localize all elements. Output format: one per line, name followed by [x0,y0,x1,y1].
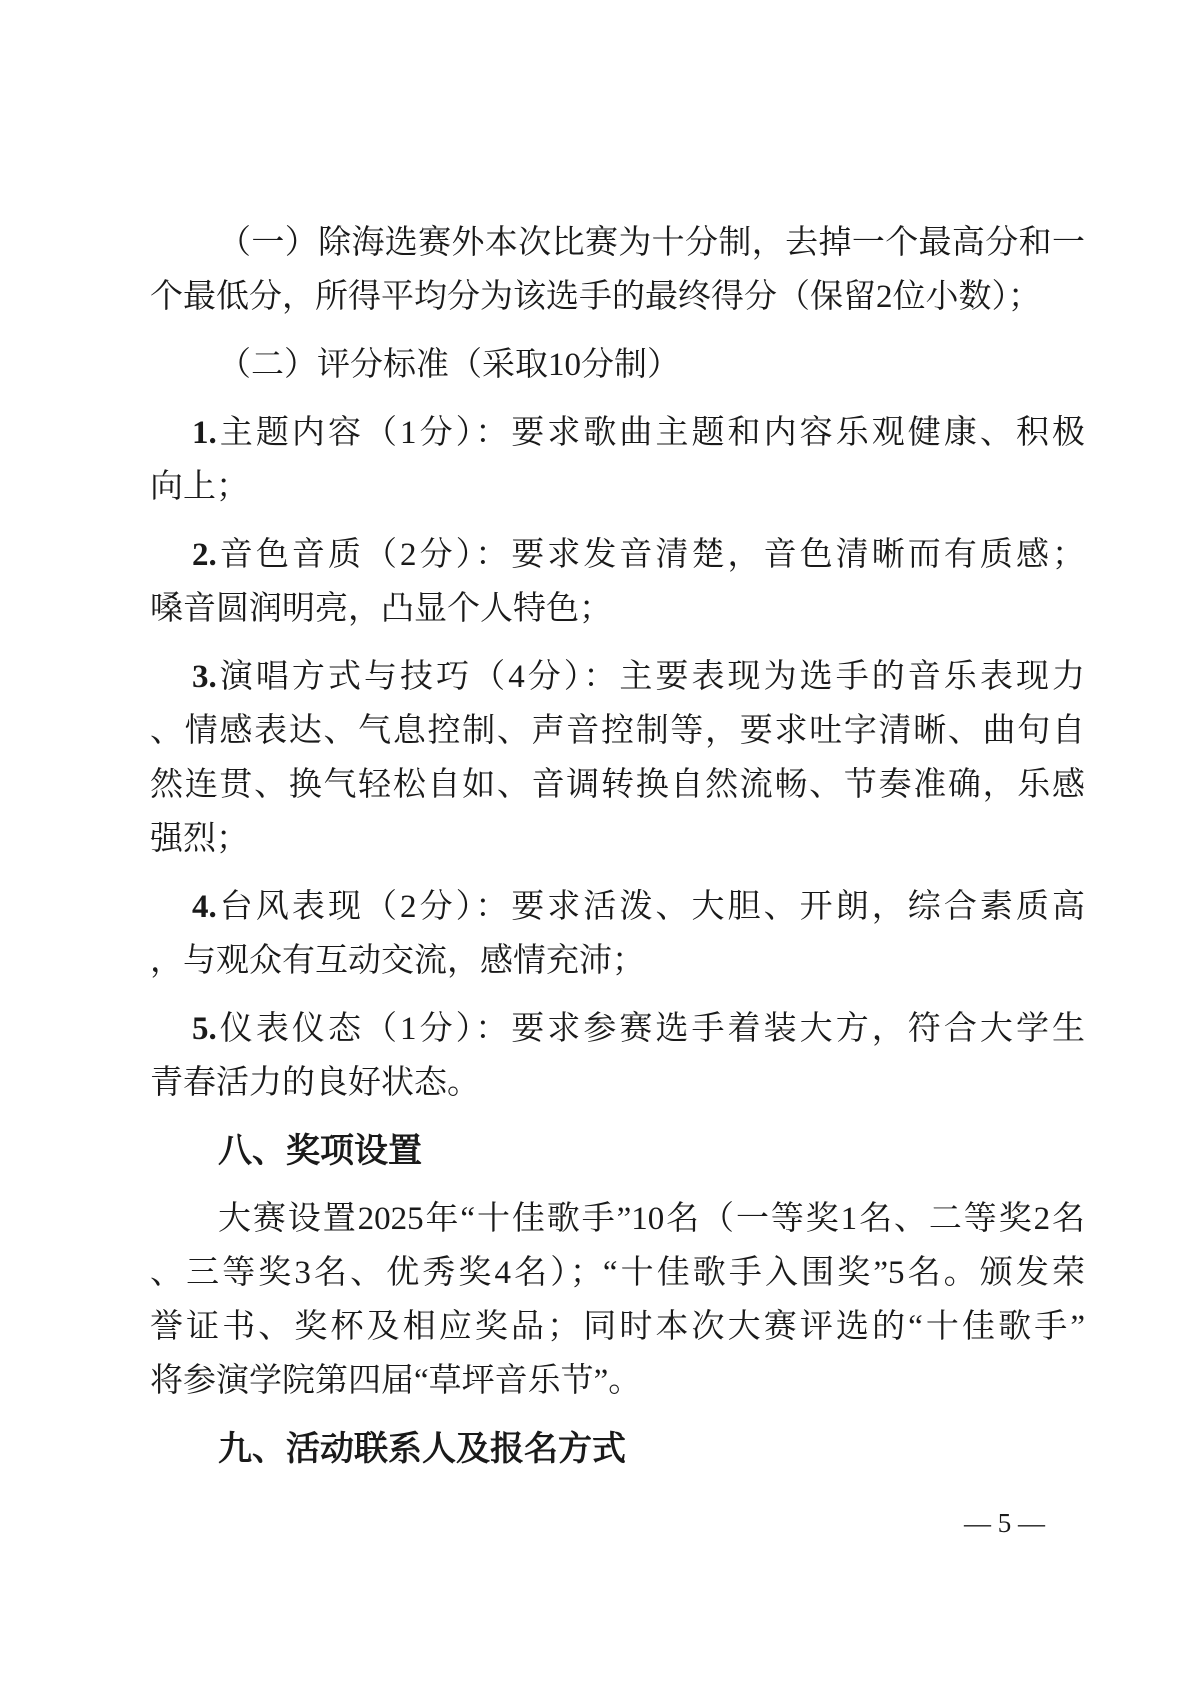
paragraph: 2.音色音质（2分）：要求发音清楚，音色清晰而有质感；嗓音圆润明亮，凸显个人特色… [150,528,1085,636]
paragraph: 5.仪表仪态（1分）：要求参赛选手着装大方，符合大学生青春活力的良好状态。 [150,1002,1085,1110]
text-line: 3.演唱方式与技巧（4分）：主要表现为选手的音乐表现力 [150,650,1085,704]
text-line: 4.台风表现（2分）：要求活泼、大胆、开朗，综合素质高 [150,880,1085,934]
list-number: 4. [192,889,217,925]
text-line: 然连贯、换气轻松自如、音调转换自然流畅、节奏准确，乐感 [150,758,1085,812]
text-line: 强烈； [150,812,1085,866]
paragraph: 3.演唱方式与技巧（4分）：主要表现为选手的音乐表现力、情感表达、气息控制、声音… [150,650,1085,866]
list-number: 2. [192,537,217,573]
document-body: （一）除海选赛外本次比赛为十分制，去掉一个最高分和一个最低分，所得平均分为该选手… [150,216,1085,1490]
text-line: 个最低分，所得平均分为该选手的最终得分（保留2位小数）； [150,270,1085,324]
text-line: 、情感表达、气息控制、声音控制等，要求吐字清晰、曲句自 [150,704,1085,758]
text-line: ，与观众有互动交流，感情充沛； [150,934,1085,988]
section-heading: 九、活动联系人及报名方式 [150,1422,1085,1476]
text-line: 5.仪表仪态（1分）：要求参赛选手着装大方，符合大学生 [150,1002,1085,1056]
text-line: 嗓音圆润明亮，凸显个人特色； [150,582,1085,636]
text-line: 将参演学院第四届“草坪音乐节”。 [150,1354,1085,1408]
text-line: 青春活力的良好状态。 [150,1056,1085,1110]
list-number: 5. [192,1011,217,1047]
paragraph: （二）评分标准（采取10分制） [150,338,1085,392]
text-line: 誉证书、奖杯及相应奖品；同时本次大赛评选的“十佳歌手” [150,1300,1085,1354]
list-number: 3. [192,659,217,695]
paragraph: 大赛设置2025年“十佳歌手”10名（一等奖1名、二等奖2名、三等奖3名、优秀奖… [150,1192,1085,1408]
paragraph: 1.主题内容（1分）：要求歌曲主题和内容乐观健康、积极向上； [150,406,1085,514]
text-line: （一）除海选赛外本次比赛为十分制，去掉一个最高分和一 [150,216,1085,270]
text-line: 向上； [150,460,1085,514]
text-line: 、三等奖3名、优秀奖4名）；“十佳歌手入围奖”5名。颁发荣 [150,1246,1085,1300]
text-line: 1.主题内容（1分）：要求歌曲主题和内容乐观健康、积极 [150,406,1085,460]
text-line: 九、活动联系人及报名方式 [150,1422,1085,1476]
text-line: 2.音色音质（2分）：要求发音清楚，音色清晰而有质感； [150,528,1085,582]
section-heading: 八、奖项设置 [150,1124,1085,1178]
page-number: — 5 — [964,1502,1045,1544]
text-line: （二）评分标准（采取10分制） [150,338,1085,392]
list-number: 1. [192,415,217,451]
text-line: 大赛设置2025年“十佳歌手”10名（一等奖1名、二等奖2名 [150,1192,1085,1246]
document-page: （一）除海选赛外本次比赛为十分制，去掉一个最高分和一个最低分，所得平均分为该选手… [0,0,1191,1684]
text-line: 八、奖项设置 [150,1124,1085,1178]
paragraph: （一）除海选赛外本次比赛为十分制，去掉一个最高分和一个最低分，所得平均分为该选手… [150,216,1085,324]
paragraph: 4.台风表现（2分）：要求活泼、大胆、开朗，综合素质高，与观众有互动交流，感情充… [150,880,1085,988]
